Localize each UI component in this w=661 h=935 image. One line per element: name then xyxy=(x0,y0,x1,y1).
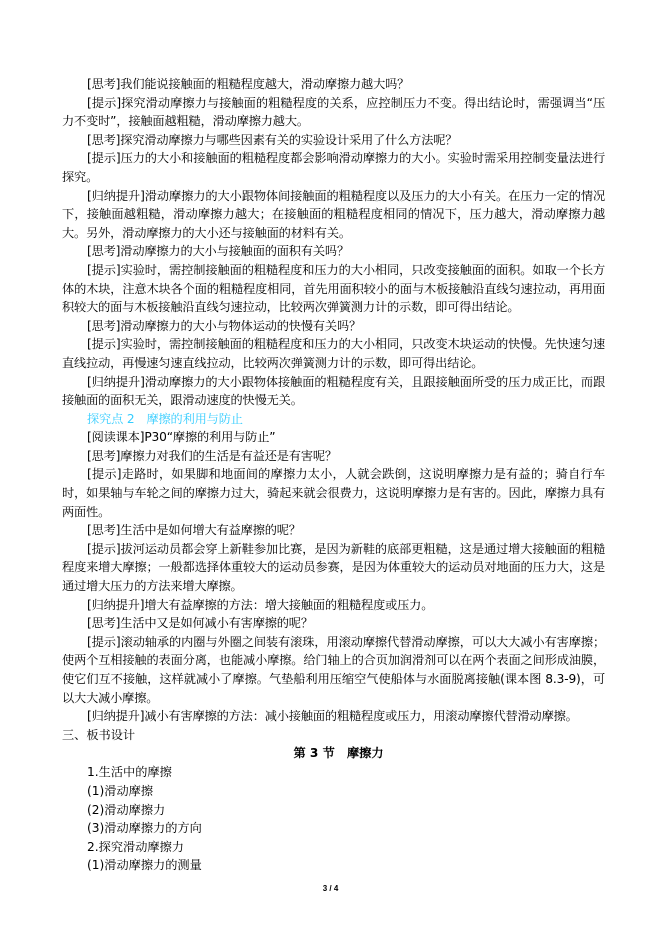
board-item: 1.生活中的摩擦 xyxy=(62,763,605,782)
summary-paragraph: [归纳提升]滑动摩擦力的大小跟物体接触面的粗糙程度有关，且跟接触面所受的压力成正… xyxy=(62,373,605,410)
hint-paragraph: [提示]滚动轴承的内圈与外圈之间装有滚珠，用滚动摩擦代替滑动摩擦，可以大大减小有… xyxy=(62,633,605,707)
reading-paragraph: [阅读课本]P30“摩擦的利用与防止” xyxy=(62,428,605,447)
hint-paragraph: [提示]压力的大小和接触面的粗糙程度都会影响滑动摩擦力的大小。实验时需采用控制变… xyxy=(62,149,605,186)
board-item: 2.探究滑动摩擦力 xyxy=(62,838,605,857)
summary-paragraph: [归纳提升]增大有益摩擦的方法：增大接触面的粗糙程度或压力。 xyxy=(62,596,605,615)
page-number: 3 / 4 xyxy=(0,884,661,893)
board-title: 第 3 节 摩擦力 xyxy=(62,744,605,763)
board-item: (1)滑动摩擦力的测量 xyxy=(62,856,605,875)
think-paragraph: [思考]探究滑动摩擦力与哪些因素有关的实验设计采用了什么方法呢？ xyxy=(62,131,605,150)
board-item: (2)滑动摩擦力 xyxy=(62,801,605,820)
hint-paragraph: [提示]走路时，如果脚和地面间的摩擦力太小，人就会跌倒，这说明摩擦力是有益的；骑… xyxy=(62,465,605,521)
think-paragraph: [思考]生活中是如何增大有益摩擦的呢？ xyxy=(62,521,605,540)
board-item: (3)滑动摩擦力的方向 xyxy=(62,819,605,838)
think-paragraph: [思考]生活中又是如何减小有害摩擦的呢？ xyxy=(62,614,605,633)
think-paragraph: [思考]滑动摩擦力的大小与接触面的面积有关吗？ xyxy=(62,242,605,261)
hint-paragraph: [提示]实验时，需控制接触面的粗糙程度和压力的大小相同，只改变木块运动的快慢。先… xyxy=(62,335,605,372)
hint-paragraph: [提示]拔河运动员都会穿上新鞋参加比赛，是因为新鞋的底部更粗糙，这是通过增大接触… xyxy=(62,540,605,596)
think-paragraph: [思考]我们能说接触面的粗糙程度越大，滑动摩擦力越大吗？ xyxy=(62,75,605,94)
board-item: (1)滑动摩擦 xyxy=(62,782,605,801)
think-paragraph: [思考]滑动摩擦力的大小与物体运动的快慢有关吗？ xyxy=(62,317,605,336)
section-heading-board-design: 三、板书设计 xyxy=(62,726,605,745)
summary-paragraph: [归纳提升]滑动摩擦力的大小跟物体间接触面的粗糙程度以及压力的大小有关。在压力一… xyxy=(62,187,605,243)
think-paragraph: [思考]摩擦力对我们的生活是有益还是有害呢？ xyxy=(62,447,605,466)
hint-paragraph: [提示]探究滑动摩擦力与接触面的粗糙程度的关系，应控制压力不变。得出结论时，需强… xyxy=(62,94,605,131)
summary-paragraph: [归纳提升]减小有害摩擦的方法：减小接触面的粗糙程度或压力，用滚动摩擦代替滑动摩… xyxy=(62,707,605,726)
document-page: [思考]我们能说接触面的粗糙程度越大，滑动摩擦力越大吗？ [提示]探究滑动摩擦力… xyxy=(62,75,605,875)
inquiry-point-heading: 探究点 2 摩擦的利用与防止 xyxy=(62,410,605,429)
hint-paragraph: [提示]实验时，需控制接触面的粗糙程度和压力的大小相同，只改变接触面的面积。如取… xyxy=(62,261,605,317)
